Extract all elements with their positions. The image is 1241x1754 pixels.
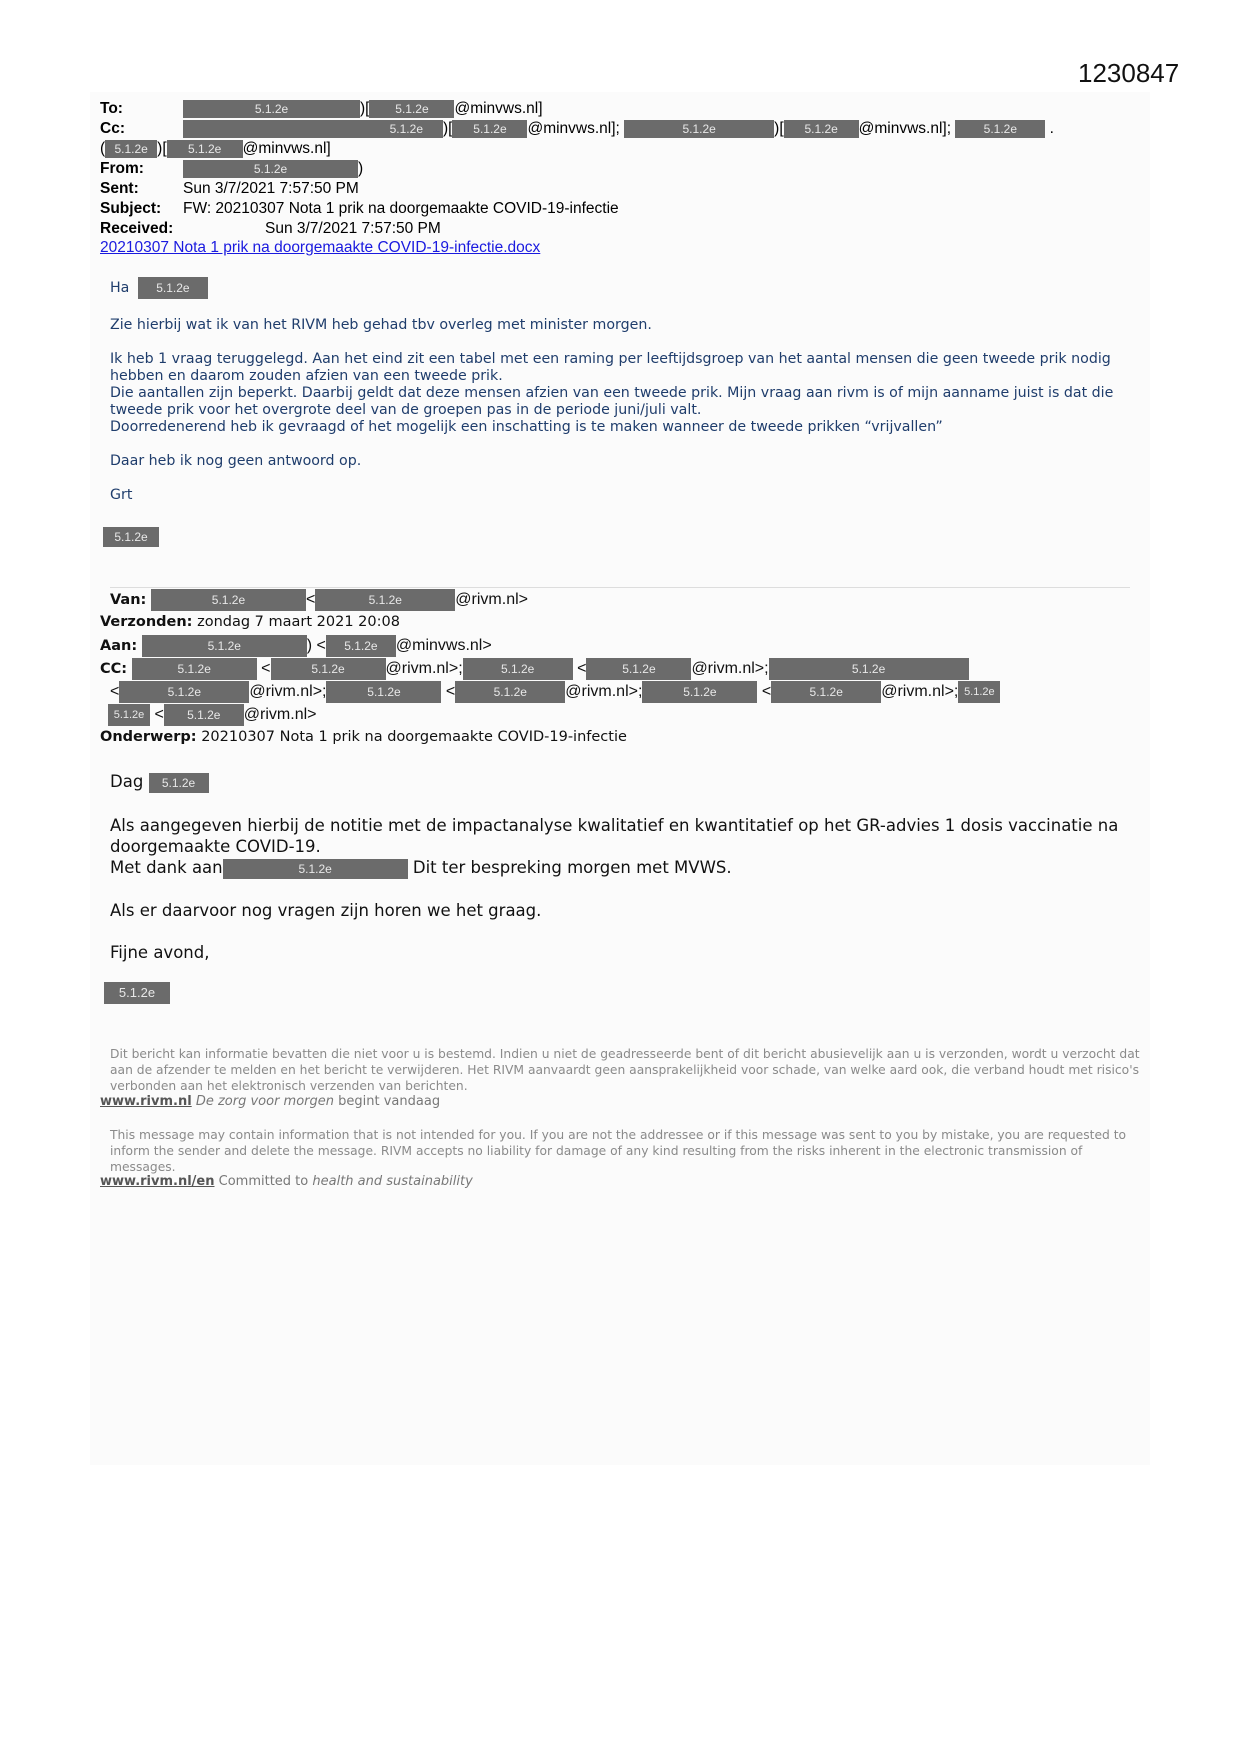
redaction: 5.1.2e (784, 120, 859, 138)
redaction: 5.1.2e (452, 120, 527, 138)
closing: Fijne avond, (110, 942, 1120, 963)
attachment-link[interactable]: 20210307 Nota 1 prik na doorgemaakte COV… (100, 239, 540, 257)
cc-row-continued: (5.1.2e)[5.1.2e@minvws.nl] (100, 139, 331, 159)
rivm-tagline-en: www.rivm.nl/en Committed to health and s… (100, 1174, 473, 1189)
redaction: 5.1.2e (103, 527, 159, 547)
redaction: 5.1.2e (271, 658, 386, 680)
thanks-prefix: Met dank aan (110, 858, 223, 877)
to-label: To: (100, 99, 183, 119)
redaction: 5.1.2e (642, 681, 757, 703)
tagline-rest: begint vandaag (338, 1094, 440, 1109)
redaction: 5.1.2e (183, 120, 443, 138)
paragraph: Als aangegeven hierbij de notitie met de… (110, 815, 1120, 857)
received-label: Received: (100, 219, 265, 239)
subject-row: Subject:FW: 20210307 Nota 1 prik na door… (100, 199, 619, 219)
forward-body: Als aangegeven hierbij de notitie met de… (110, 815, 1120, 963)
redaction: 5.1.2e (624, 120, 774, 138)
redaction: 5.1.2e (164, 704, 244, 726)
redaction: 5.1.2e (769, 658, 969, 680)
greeting-text: Dag (110, 772, 143, 791)
cc-domain-2: @minvws.nl]; (859, 120, 951, 137)
disclaimer-nl-text: Dit bericht kan informatie bevatten die … (110, 1046, 1140, 1094)
cc-forward-label: CC: (100, 661, 127, 677)
cc-domain: @rivm.nl> (244, 706, 317, 723)
redaction: 5.1.2e (771, 681, 881, 703)
redaction: 5.1.2e (223, 859, 408, 879)
cc-domain: @rivm.nl>; (881, 683, 958, 700)
signoff: Grt (110, 487, 1120, 504)
redaction: 5.1.2e (151, 589, 306, 611)
redaction: 5.1.2e (586, 658, 691, 680)
redaction: 5.1.2e (326, 681, 441, 703)
disclaimer-en-text: This message may contain information tha… (110, 1127, 1140, 1175)
redaction: 5.1.2e (369, 100, 454, 118)
redaction: 5.1.2e (149, 773, 209, 793)
paragraph: Ik heb 1 vraag teruggelegd. Aan het eind… (110, 351, 1120, 385)
redaction: 5.1.2e (105, 140, 157, 158)
verzonden-label: Verzonden: (100, 614, 192, 630)
disclaimer-nl: Dit bericht kan informatie bevatten die … (110, 1046, 1140, 1094)
tagline-prefix: Committed to (219, 1174, 309, 1189)
redaction: 5.1.2e (183, 100, 360, 118)
redaction: 5.1.2e (955, 120, 1045, 138)
cc-domain: @rivm.nl>; (691, 660, 768, 677)
redaction: 5.1.2e (167, 140, 243, 158)
thanks-line: Met dank aan5.1.2e Dit ter bespreking mo… (110, 857, 1120, 879)
aan-label: Aan: (100, 638, 137, 654)
cc-row: Cc:5.1.2e)[5.1.2e@minvws.nl]; 5.1.2e)[5.… (100, 119, 1054, 139)
cc-forward-row-3: 5.1.2e <5.1.2e@rivm.nl> (108, 703, 317, 727)
redaction: 5.1.2e (104, 982, 170, 1004)
greeting-text: Ha (110, 280, 129, 296)
sent-row: Sent:Sun 3/7/2021 7:57:50 PM (100, 179, 359, 199)
redaction: 5.1.2e (132, 658, 257, 680)
subject-label: Subject: (100, 199, 183, 219)
cc-domain-3: @minvws.nl] (243, 140, 331, 157)
redaction: 5.1.2e (108, 704, 150, 726)
from-row: From:5.1.2e) (100, 159, 363, 179)
redaction: 5.1.2e (315, 589, 455, 611)
redaction: 5.1.2e (958, 681, 1000, 703)
document-id: 1230847 (1078, 58, 1179, 89)
van-row: Van: 5.1.2e<5.1.2e@rivm.nl> (110, 588, 528, 612)
disclaimer-en: This message may contain information tha… (110, 1127, 1140, 1175)
onderwerp-value: 20210307 Nota 1 prik na doorgemaakte COV… (201, 729, 627, 745)
cc-domain: @rivm.nl>; (249, 683, 326, 700)
aan-row: Aan: 5.1.2e) <5.1.2e@minvws.nl> (100, 634, 492, 658)
redaction: 5.1.2e (455, 681, 565, 703)
tagline-italic: De zorg voor morgen (196, 1094, 334, 1109)
subject-value: FW: 20210307 Nota 1 prik na doorgemaakte… (183, 200, 619, 217)
rivm-link[interactable]: www.rivm.nl (100, 1094, 192, 1109)
cc-forward-row-2: <5.1.2e@rivm.nl>;5.1.2e <5.1.2e@rivm.nl>… (110, 680, 1000, 704)
outer-body: Zie hierbij wat ik van het RIVM heb geha… (110, 317, 1120, 504)
rivm-en-link[interactable]: www.rivm.nl/en (100, 1174, 215, 1189)
verzonden-value: zondag 7 maart 2021 20:08 (197, 614, 400, 630)
forward-greeting: Dag 5.1.2e (110, 771, 1120, 793)
cc-domain-1: @minvws.nl]; (527, 120, 619, 137)
cc-domain: @rivm.nl>; (565, 683, 642, 700)
paragraph: Zie hierbij wat ik van het RIVM heb geha… (110, 317, 1120, 334)
cc-domain: @rivm.nl>; (386, 660, 463, 677)
redaction: 5.1.2e (463, 658, 573, 680)
received-row: Received:Sun 3/7/2021 7:57:50 PM (100, 219, 441, 239)
sent-value: Sun 3/7/2021 7:57:50 PM (183, 180, 359, 197)
redaction: 5.1.2e (183, 160, 358, 178)
van-domain: @rivm.nl> (455, 591, 528, 608)
rivm-tagline-nl: www.rivm.nl De zorg voor morgen begint v… (100, 1094, 440, 1109)
onderwerp-row: Onderwerp: 20210307 Nota 1 prik na doorg… (100, 726, 627, 749)
received-value: Sun 3/7/2021 7:57:50 PM (265, 220, 441, 237)
verzonden-row: Verzonden: zondag 7 maart 2021 20:08 (100, 611, 400, 634)
sent-label: Sent: (100, 179, 183, 199)
thanks-suffix: Dit ter bespreking morgen met MVWS. (413, 858, 732, 877)
cc-label: Cc: (100, 119, 183, 139)
aan-domain: @minvws.nl> (396, 637, 492, 654)
redaction: 5.1.2e (142, 635, 307, 657)
paragraph: Daar heb ik nog geen antwoord op. (110, 453, 1120, 470)
from-label: From: (100, 159, 183, 179)
cc-forward-row: CC: 5.1.2e <5.1.2e@rivm.nl>;5.1.2e <5.1.… (100, 657, 969, 681)
redaction: 5.1.2e (138, 277, 208, 299)
outer-greeting: Ha 5.1.2e (110, 277, 1120, 299)
paragraph: Doorredenerend heb ik gevraagd of het mo… (110, 419, 1120, 436)
van-label: Van: (110, 592, 146, 608)
tagline-italic: health and sustainability (312, 1174, 472, 1189)
to-row: To:5.1.2e)[5.1.2e@minvws.nl] (100, 99, 543, 119)
redaction: 5.1.2e (326, 635, 396, 657)
redaction: 5.1.2e (119, 681, 249, 703)
to-domain: @minvws.nl] (454, 100, 542, 117)
onderwerp-label: Onderwerp: (100, 729, 197, 745)
paragraph: Die aantallen zijn beperkt. Daarbij geld… (110, 385, 1120, 419)
paragraph: Als er daarvoor nog vragen zijn horen we… (110, 900, 1120, 921)
